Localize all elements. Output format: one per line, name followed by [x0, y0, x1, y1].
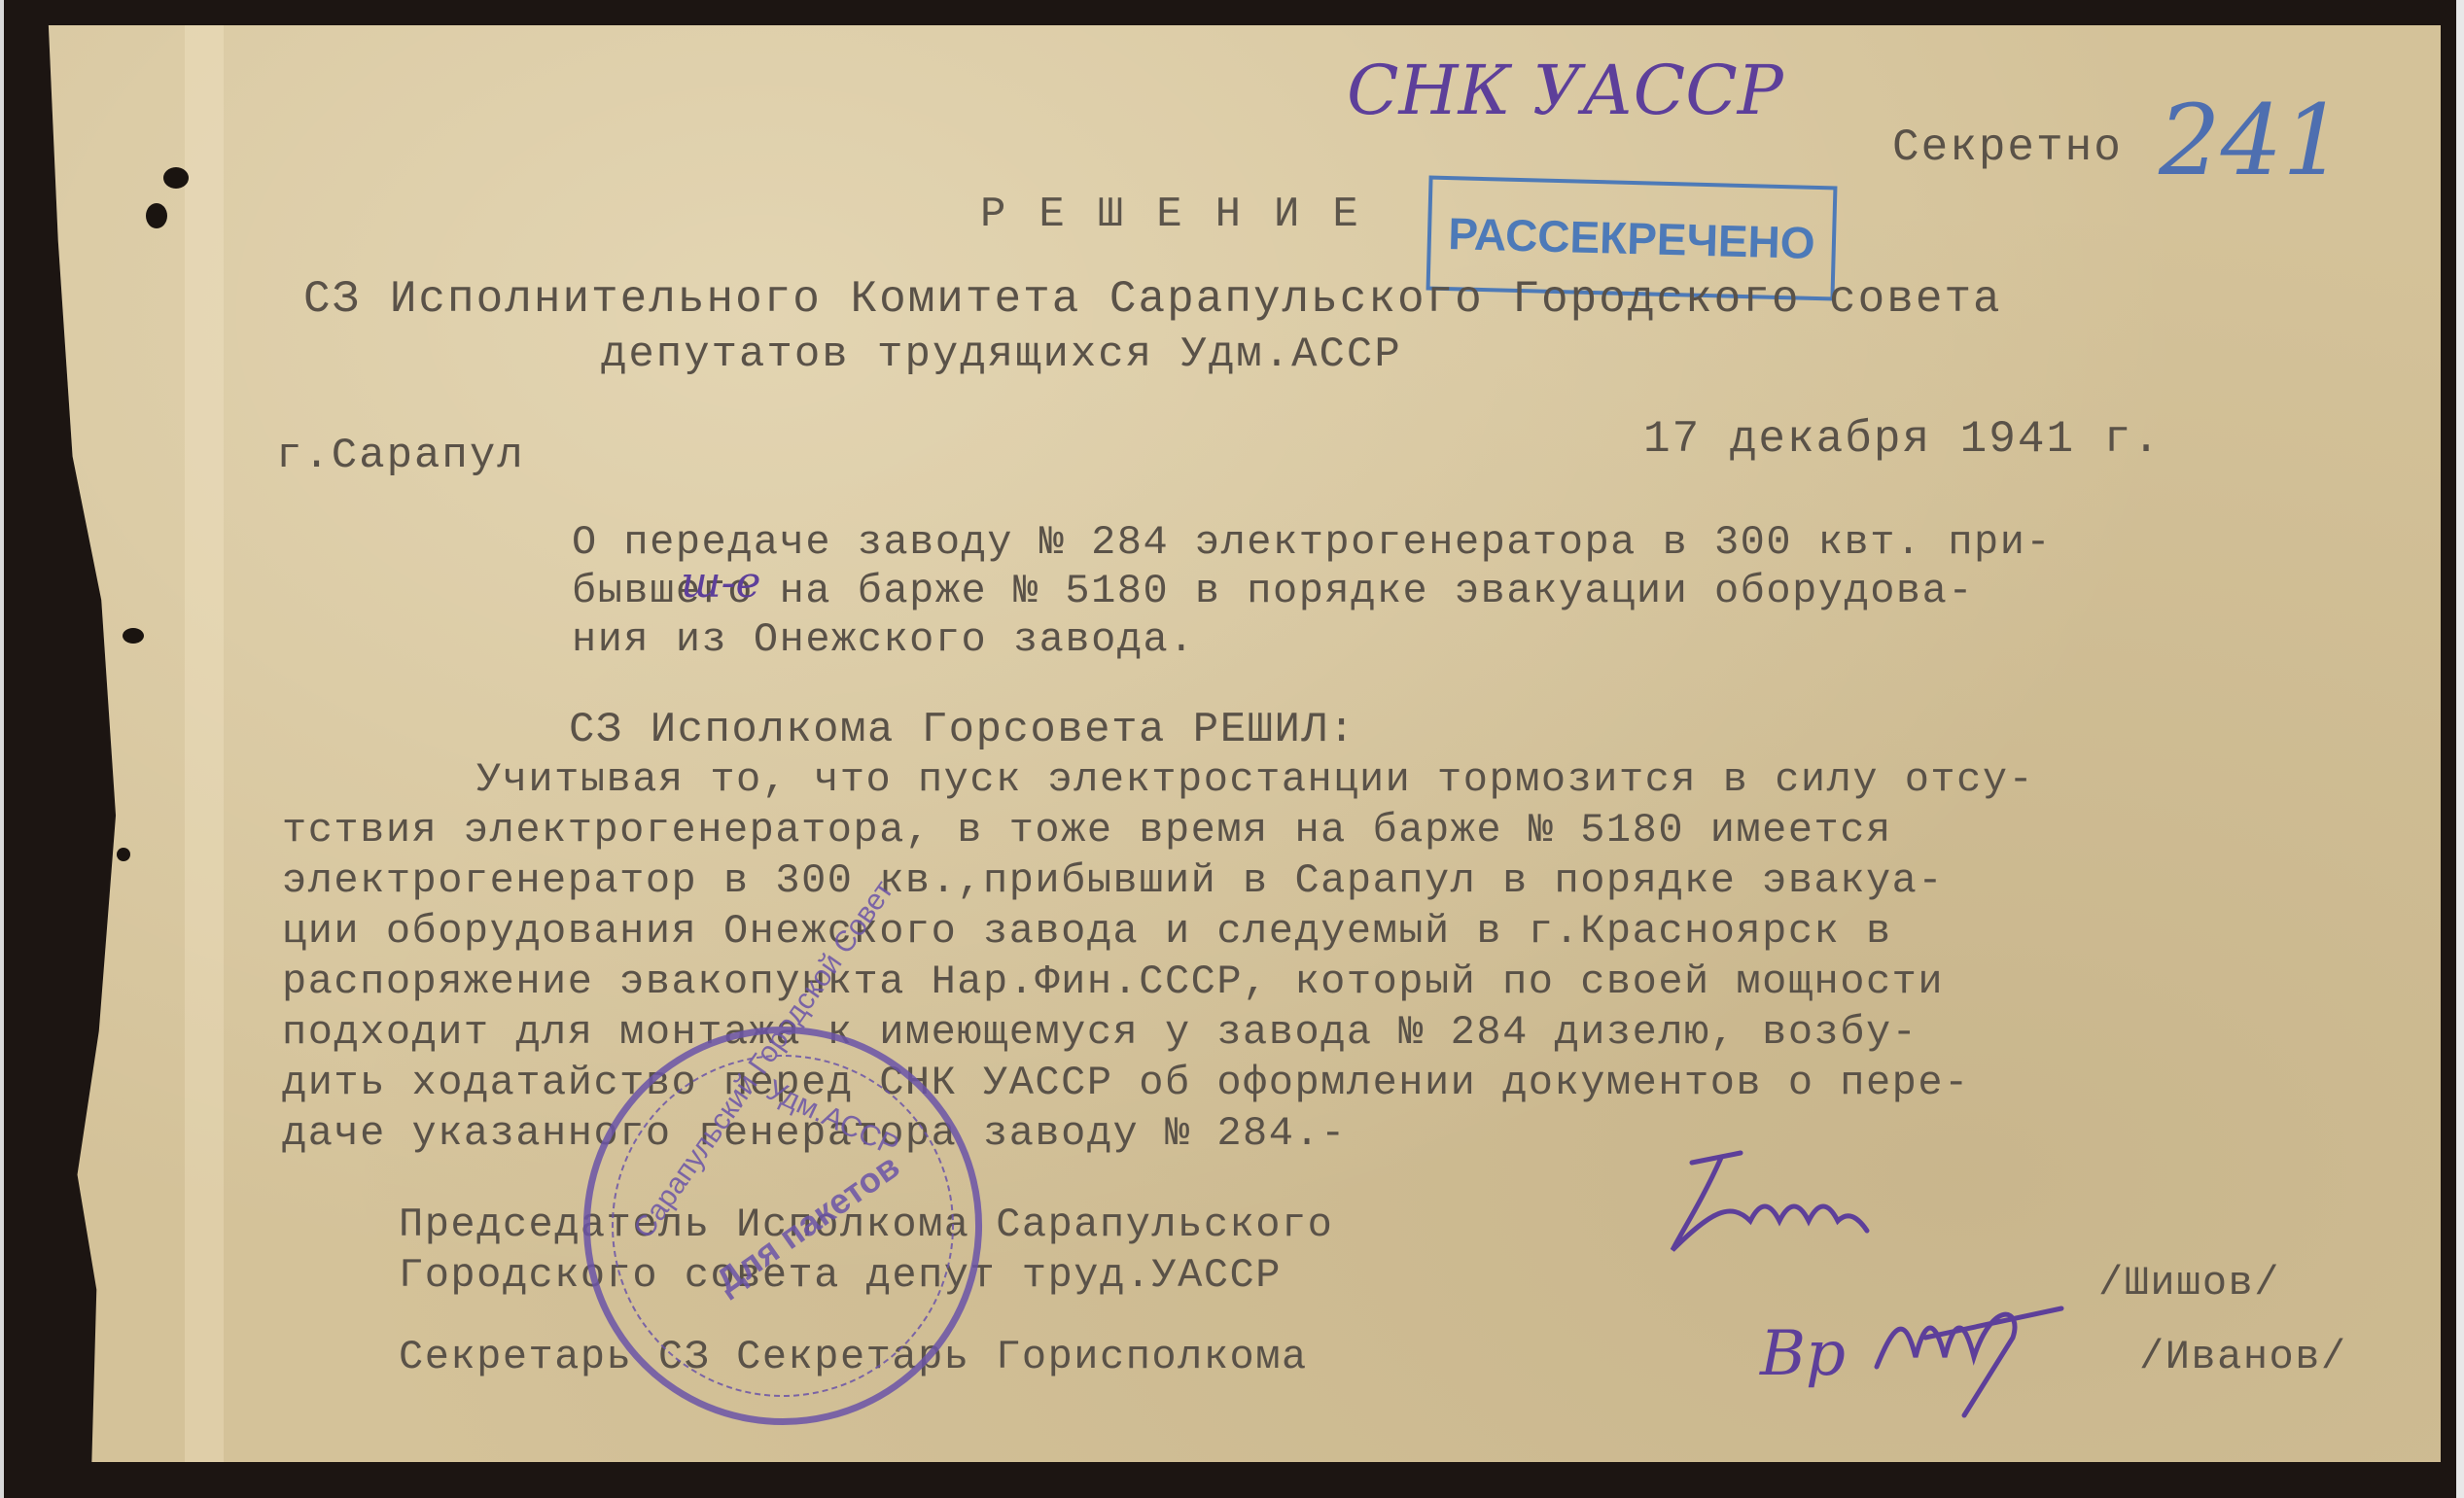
punch-hole — [117, 848, 130, 861]
secretary-signature-prefix: Вр — [1760, 1318, 1846, 1390]
handwritten-correction: ш-е — [681, 558, 761, 608]
chairman-signature — [1653, 1143, 2061, 1279]
resolution-intro: СЗ Исполкома Горсовета РЕШИЛ: — [569, 706, 1355, 754]
punch-hole — [146, 203, 167, 228]
paper-fold — [185, 25, 224, 1462]
body-line: ции оборудования Онежского завода и след… — [282, 908, 1892, 955]
subject-line: О передаче заводу № 284 электрогенератор… — [572, 519, 2052, 566]
handwritten-note-top: СНК УАССР — [1347, 51, 1783, 130]
body-line: дить ходатайство перед СНК УАССР об офор… — [282, 1060, 1970, 1106]
document-city: г.Сарапул — [276, 432, 525, 480]
body-line: распоряжение эвакопункта Нар.Фин.СССР, к… — [282, 958, 1944, 1005]
scan-edge-left — [0, 0, 4, 1498]
issuer-line-2: депутатов трудящихся Удм.АССР — [601, 331, 1402, 379]
scan-edge-right — [2456, 0, 2464, 1498]
document-date: 17 декабря 1941 г. — [1643, 414, 2162, 465]
classification-label: Секретно — [1892, 122, 2123, 173]
punch-hole — [163, 167, 189, 189]
secretary-name: /Иванов/ — [2139, 1334, 2347, 1380]
body-line: электрогенератор в 300 кв.,прибывший в С… — [282, 857, 1944, 904]
handwritten-registration-number: 241 — [2159, 84, 2344, 197]
body-line: тствия электрогенератора, в тоже время н… — [282, 807, 1892, 854]
punch-hole — [123, 628, 144, 644]
body-line: Учитывая то, что пуск электростанции тор… — [476, 756, 2034, 803]
document-page: СНК УАССР Секретно 241 РАССЕКРЕЧЕНО РЕШЕ… — [39, 25, 2441, 1462]
body-line: подходит для монтажа к имеющемуся у заво… — [282, 1009, 1918, 1056]
subject-line: бывшего на барже № 5180 в порядке эвакуа… — [572, 568, 1974, 614]
subject-line: ния из Онежского завода. — [572, 616, 1195, 663]
issuer-line-1: СЗ Исполнительного Комитета Сарапульског… — [303, 274, 2002, 325]
document-title: РЕШЕНИЕ — [980, 191, 1391, 239]
secretary-signature — [1867, 1279, 2159, 1425]
